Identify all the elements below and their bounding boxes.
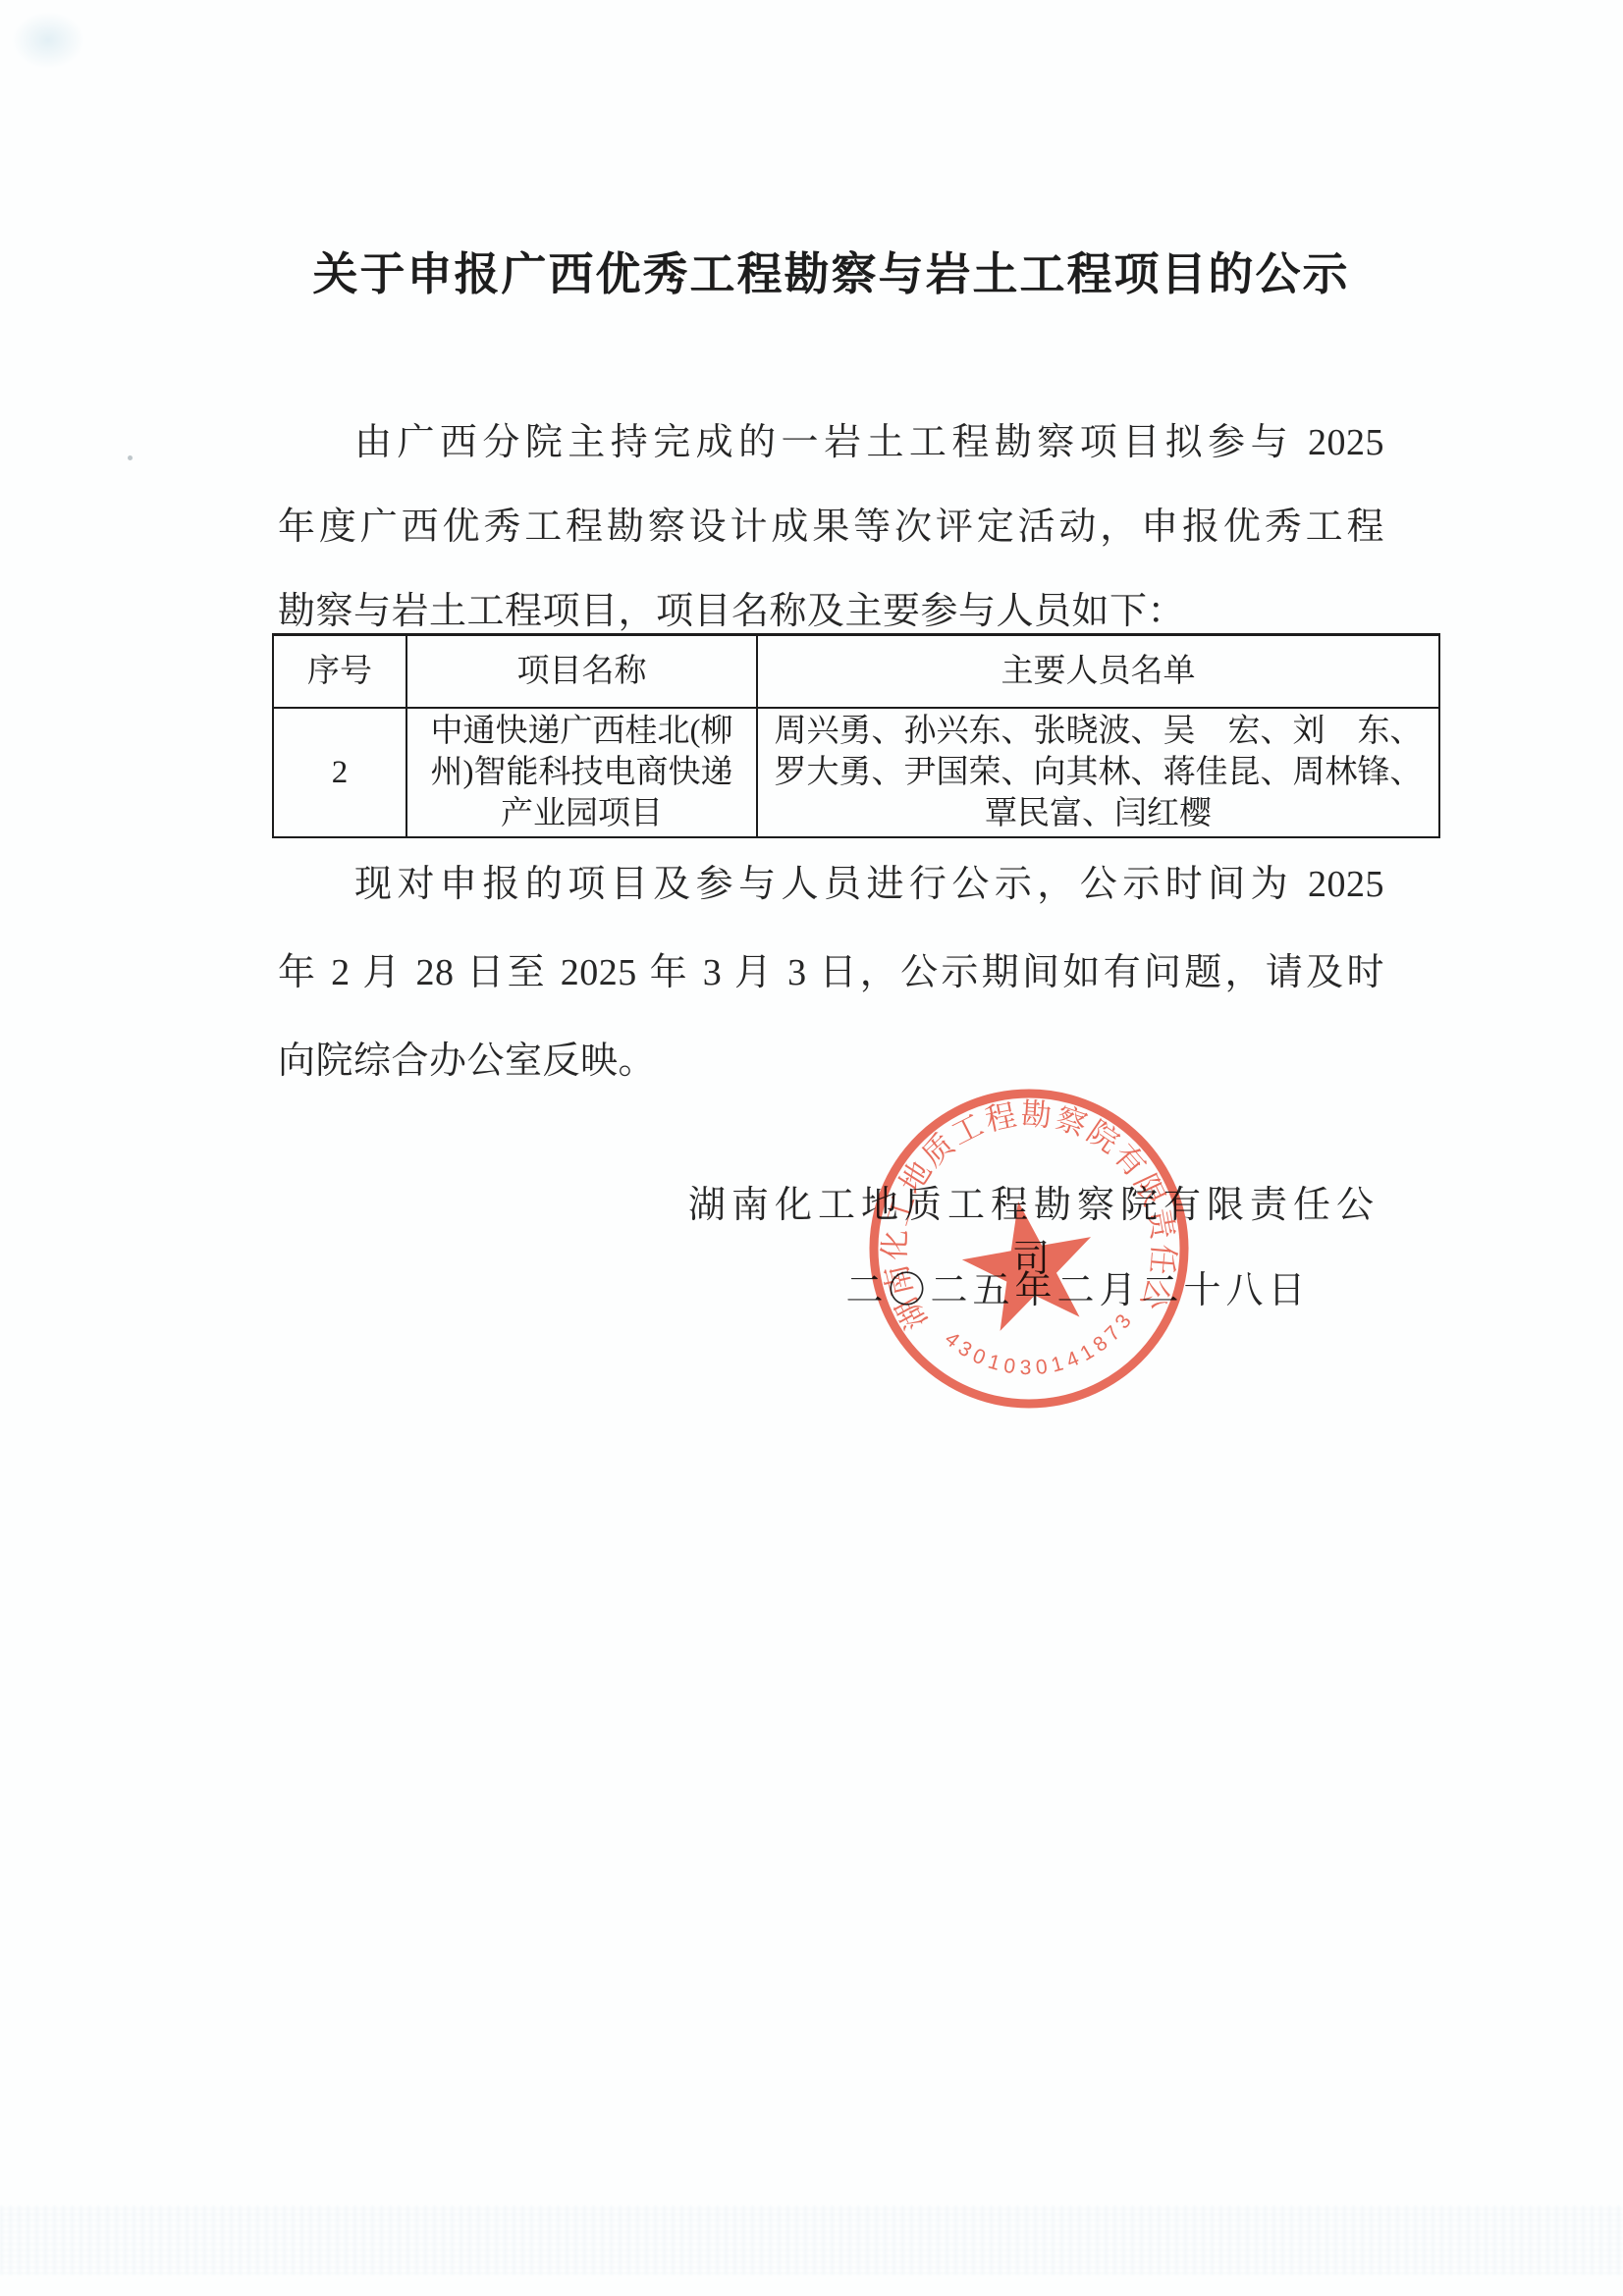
table-row: 2 中通快递广西桂北(柳州)智能科技电商快递产业园项目 周兴勇、孙兴东、张晓波、… xyxy=(273,708,1439,837)
official-seal: 湖南化工地质工程勘察院有限责任公司 4301030141873 xyxy=(852,1072,1206,1425)
paragraph-line: 由广西分院主持完成的一岩土工程勘察项目拟参与 2025 xyxy=(278,400,1384,485)
cell-members: 周兴勇、孙兴东、张晓波、吴 宏、刘 东、罗大勇、尹国荣、向其林、蒋佳昆、周林锋、… xyxy=(757,708,1439,837)
projects-table: 序号 项目名称 主要人员名单 2 中通快递广西桂北(柳州)智能科技电商快递产业园… xyxy=(272,633,1440,838)
cell-project-name: 中通快递广西桂北(柳州)智能科技电商快递产业园项目 xyxy=(406,708,757,837)
notice-paragraph: 现对申报的项目及参与人员进行公示，公示时间为 2025 年 2 月 28 日至 … xyxy=(278,840,1384,1105)
header-seq: 序号 xyxy=(273,635,406,709)
header-project-name: 项目名称 xyxy=(406,635,757,709)
cell-seq: 2 xyxy=(273,708,406,837)
paragraph-line: 年度广西优秀工程勘察设计成果等次评定活动，申报优秀工程 xyxy=(278,485,1384,569)
paragraph-line: 年 2 月 28 日至 2025 年 3 月 3 日，公示期间如有问题，请及时 xyxy=(278,929,1384,1017)
seal-star-icon xyxy=(953,1190,1104,1335)
page-title: 关于申报广西优秀工程勘察与岩土工程项目的公示 xyxy=(278,239,1384,303)
scan-dot-artifact xyxy=(128,455,133,460)
intro-paragraph: 由广西分院主持完成的一岩土工程勘察项目拟参与 2025 年度广西优秀工程勘察设计… xyxy=(278,400,1384,654)
header-members: 主要人员名单 xyxy=(757,635,1439,709)
scan-smudge-artifact xyxy=(12,12,84,69)
paragraph-line: 现对申报的项目及参与人员进行公示，公示时间为 2025 xyxy=(278,840,1384,929)
paragraph-line: 向院综合办公室反映。 xyxy=(278,1017,1384,1105)
table-header-row: 序号 项目名称 主要人员名单 xyxy=(273,635,1439,709)
scanned-notice-page: 关于申报广西优秀工程勘察与岩土工程项目的公示 由广西分院主持完成的一岩土工程勘察… xyxy=(0,0,1623,2296)
scan-noise-artifact xyxy=(0,2206,1623,2274)
